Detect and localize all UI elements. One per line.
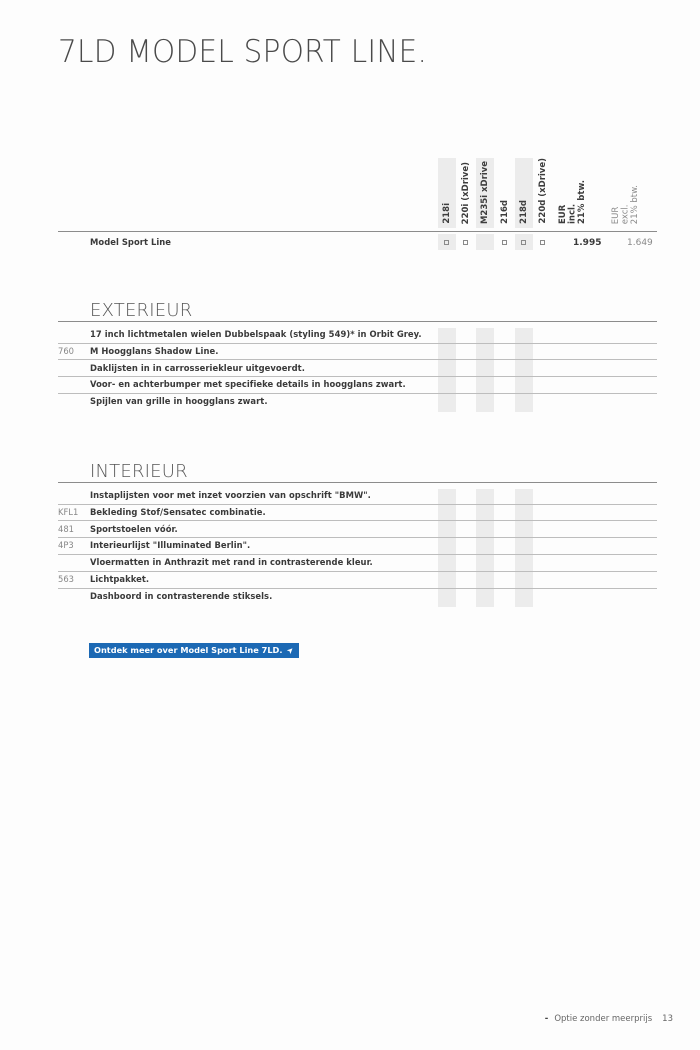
column-header: 218i bbox=[440, 203, 454, 224]
column-shade bbox=[438, 489, 456, 607]
option-row: Dashboord in contrasterende stiksels. bbox=[90, 591, 272, 601]
discover-more-link[interactable]: Ontdek meer over Model Sport Line 7LD. ➤ bbox=[89, 643, 299, 658]
option-row: Lichtpakket. bbox=[90, 574, 149, 584]
cta-label: Ontdek meer over Model Sport Line 7LD. bbox=[94, 643, 282, 658]
option-row: Instaplijsten voor met inzet voorzien va… bbox=[90, 490, 371, 500]
row-divider bbox=[58, 393, 657, 394]
option-free-marker bbox=[444, 240, 449, 245]
option-free-marker bbox=[502, 240, 507, 245]
legend-label: Optie zonder meerprijs bbox=[554, 1014, 652, 1024]
price-excl-header: EURexcl.21% btw. bbox=[612, 185, 641, 224]
row-divider bbox=[58, 343, 657, 344]
column-header: 216d bbox=[498, 200, 512, 224]
option-code: 760 bbox=[58, 346, 74, 356]
footer: - Optie zonder meerprijs 13 bbox=[545, 1014, 673, 1024]
option-code: KFL1 bbox=[58, 507, 78, 517]
option-code: 4P3 bbox=[58, 540, 74, 550]
column-header: 220i (xDrive) bbox=[459, 162, 473, 224]
page-number: 13 bbox=[662, 1014, 673, 1024]
option-row: Daklijsten in in carrosseriekleur uitgev… bbox=[90, 363, 305, 373]
option-code: 563 bbox=[58, 574, 74, 584]
row-divider bbox=[58, 588, 657, 589]
column-header: 218d bbox=[517, 200, 531, 224]
legend-symbol: - bbox=[545, 1014, 549, 1024]
column-shade bbox=[438, 328, 456, 412]
row-divider bbox=[58, 571, 657, 572]
row-divider bbox=[58, 554, 657, 555]
column-shade bbox=[476, 489, 494, 607]
section-rule bbox=[58, 321, 657, 322]
row-divider bbox=[58, 537, 657, 538]
option-free-marker bbox=[463, 240, 468, 245]
option-row: Spijlen van grille in hoogglans zwart. bbox=[90, 396, 268, 406]
price-incl-header: EURincl.21% btw. bbox=[559, 180, 588, 224]
row-divider bbox=[58, 520, 657, 521]
model-price-incl: 1.995 bbox=[573, 238, 601, 248]
option-row: Interieurlijst "Illuminated Berlin". bbox=[90, 540, 250, 550]
column-header: M235i xDrive bbox=[478, 161, 492, 224]
option-row: Bekleding Stof/Sensatec combinatie. bbox=[90, 507, 266, 517]
option-code: 481 bbox=[58, 524, 74, 534]
section-heading: EXTERIEUR bbox=[90, 300, 192, 321]
option-row: M Hoogglans Shadow Line. bbox=[90, 346, 218, 356]
option-row: Sportstoelen vóór. bbox=[90, 524, 178, 534]
column-shade bbox=[476, 328, 494, 412]
row-divider bbox=[58, 504, 657, 505]
column-shade bbox=[515, 328, 533, 412]
column-shade bbox=[515, 489, 533, 607]
column-shade bbox=[476, 234, 494, 250]
option-free-marker bbox=[521, 240, 526, 245]
model-price-excl: 1.649 bbox=[627, 238, 653, 248]
option-row: Voor- en achterbumper met specifieke det… bbox=[90, 379, 406, 389]
row-divider bbox=[58, 359, 657, 360]
row-divider bbox=[58, 376, 657, 377]
option-row: Vloermatten in Anthrazit met rand in con… bbox=[90, 557, 373, 567]
option-row: 17 inch lichtmetalen wielen Dubbelspaak … bbox=[90, 329, 422, 339]
header-rule bbox=[58, 231, 657, 232]
column-header: 220d (xDrive) bbox=[536, 158, 550, 224]
page-title: 7LD MODEL SPORT LINE. bbox=[58, 34, 427, 70]
model-row-label: Model Sport Line bbox=[90, 237, 171, 247]
section-rule bbox=[58, 482, 657, 483]
arrow-cursor-icon: ➤ bbox=[283, 643, 298, 658]
section-heading: INTERIEUR bbox=[90, 461, 188, 482]
option-free-marker bbox=[540, 240, 545, 245]
